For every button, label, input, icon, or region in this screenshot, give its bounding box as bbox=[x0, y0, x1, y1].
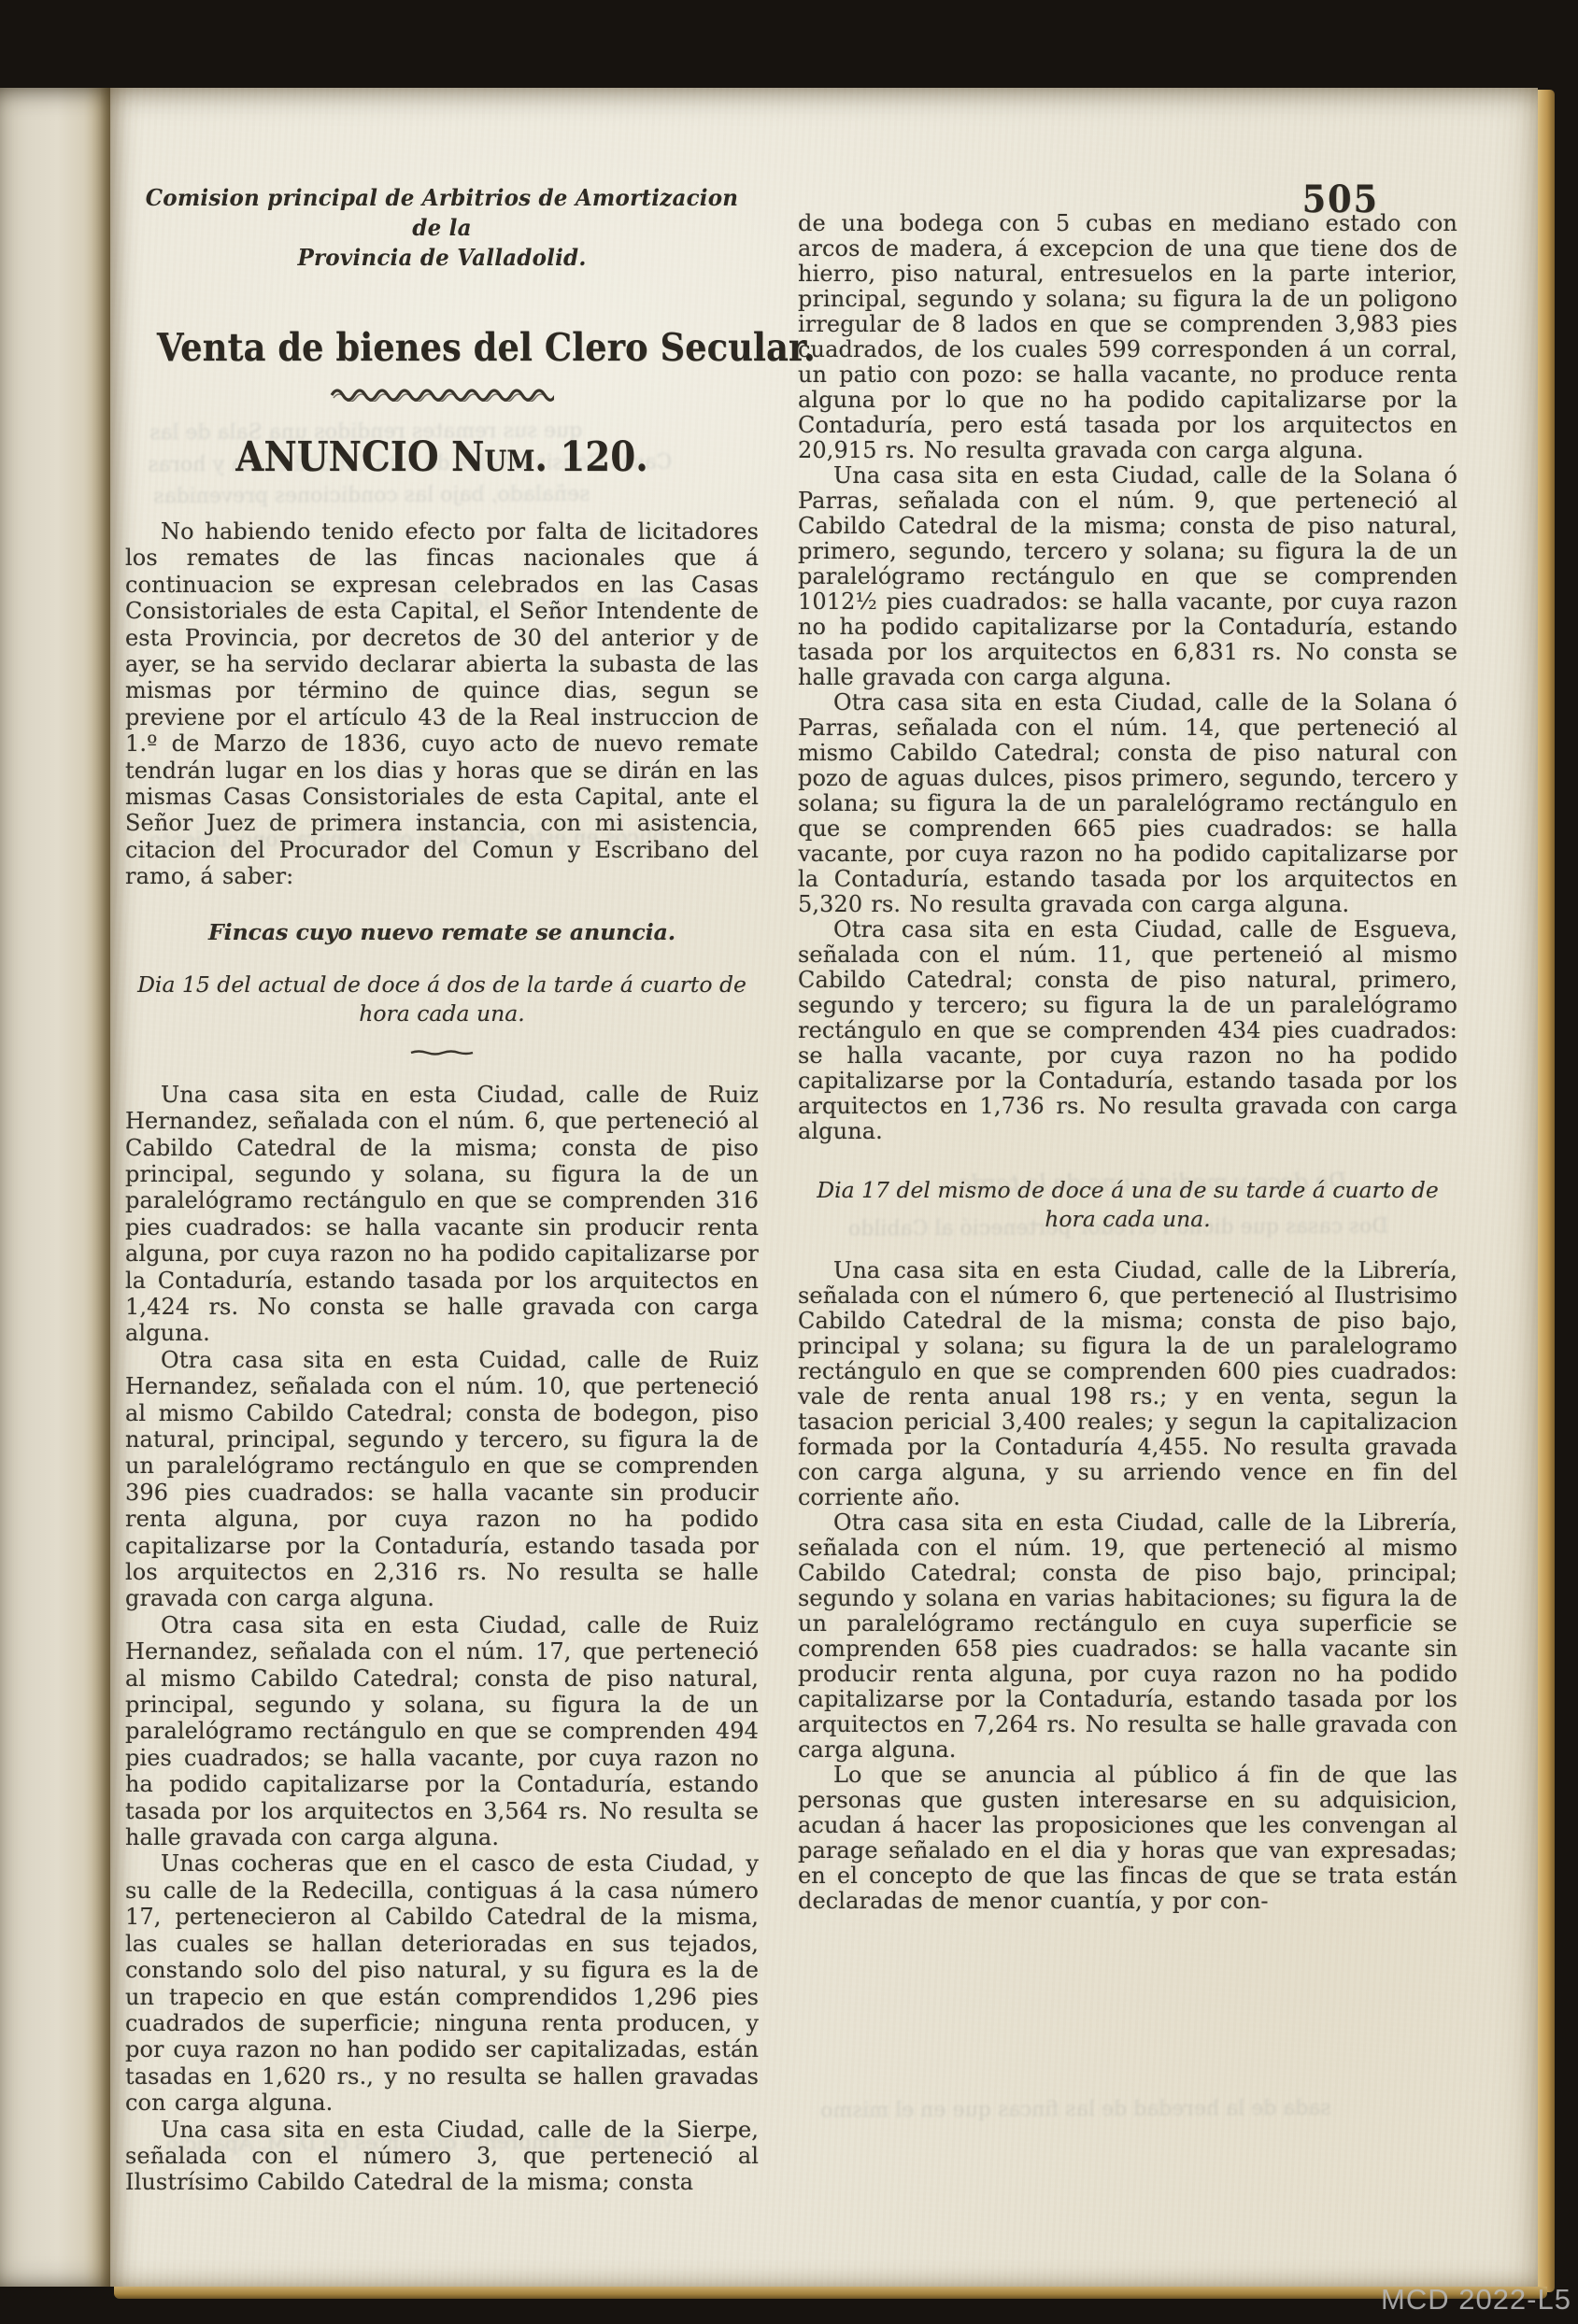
announcement-heading: ANUNCIO Num. 120. bbox=[163, 433, 721, 481]
divider-dash-icon bbox=[400, 1043, 484, 1061]
day-15-heading: Dia 15 del actual de doce á dos de la ta… bbox=[125, 971, 759, 1028]
closing-paragraph: Lo que se anuncia al público á fin de qu… bbox=[798, 1763, 1457, 1914]
day-17-heading: Dia 17 del mismo de doce á una de su tar… bbox=[798, 1176, 1457, 1234]
page-fore-edge-right bbox=[1538, 90, 1555, 2292]
book-gutter-previous-page-edge bbox=[0, 88, 110, 2287]
section-heading-fincas: Fincas cuyo nuevo remate se anuncia. bbox=[125, 918, 759, 946]
property-paragraph: Otra casa sita en esta Cuidad, calle de … bbox=[125, 1347, 759, 1612]
document-page: que sus remates rendidos una Sala de las… bbox=[110, 88, 1538, 2287]
bleedthrough-ghost-text: sada de la heredad de las fincas que en … bbox=[820, 2097, 1331, 2123]
property-paragraph: Una casa sita en esta Ciudad, calle de l… bbox=[125, 2117, 759, 2196]
page-fore-edge-bottom bbox=[114, 2287, 1547, 2299]
property-paragraph: Una casa sita en esta Ciudad, calle de l… bbox=[798, 1258, 1457, 1510]
scanned-book-page: { "scan": { "page_number": "505", "water… bbox=[0, 0, 1578, 2324]
property-paragraph: Otra casa sita en esta Ciudad, calle de … bbox=[798, 690, 1457, 917]
property-paragraph: Unas cocheras que en el casco de esta Ci… bbox=[125, 1850, 759, 2116]
property-paragraph: Otra casa sita en esta Ciudad, calle de … bbox=[798, 1510, 1457, 1763]
property-paragraph: Otra casa sita en esta Ciudad, calle de … bbox=[798, 917, 1457, 1144]
property-paragraph: Una casa sita en esta Ciudad, calle de l… bbox=[798, 463, 1457, 690]
property-paragraph: Otra casa sita en esta Ciudad, calle de … bbox=[125, 1612, 759, 1851]
masthead-line1: Comision principal de Arbitrios de Amort… bbox=[138, 183, 746, 243]
right-column: de una bodega con 5 cubas en mediano est… bbox=[798, 211, 1457, 1914]
left-column: Comision principal de Arbitrios de Amort… bbox=[125, 183, 759, 2196]
masthead-line2: Provincia de Valladolid. bbox=[138, 243, 746, 273]
intro-paragraph: No habiendo tenido efecto por falta de l… bbox=[125, 518, 759, 890]
squiggle-ornament-icon bbox=[325, 383, 559, 405]
document-title: Venta de bienes del Clero Secular. bbox=[157, 325, 727, 370]
property-paragraph-continuation: de una bodega con 5 cubas en mediano est… bbox=[798, 211, 1457, 463]
digitization-watermark: MCD 2022-L5 bbox=[1381, 2283, 1571, 2317]
property-paragraph: Una casa sita en esta Ciudad, calle de R… bbox=[125, 1082, 759, 1347]
masthead: Comision principal de Arbitrios de Amort… bbox=[138, 183, 746, 273]
